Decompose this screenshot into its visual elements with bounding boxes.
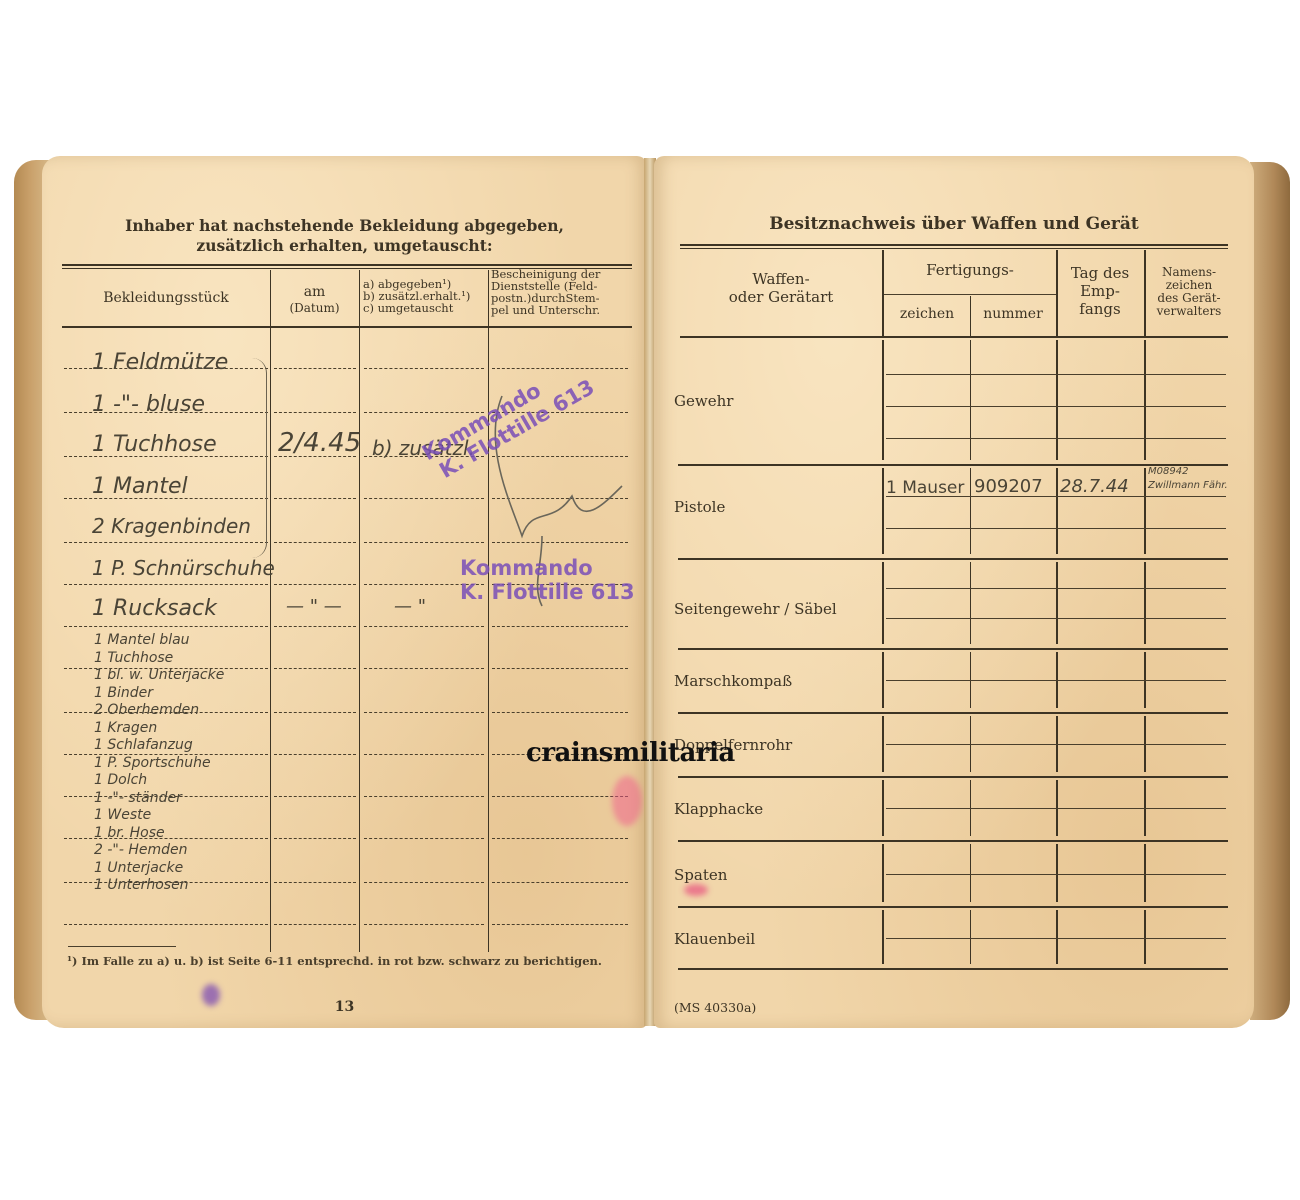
weapon-type-label: Klauenbeil <box>674 930 755 948</box>
dashed-rule <box>274 668 356 669</box>
weapon-type-label: Klapphacke <box>674 800 763 818</box>
soldbuch-open-book: Inhaber hat nachstehende Bekleidung abge… <box>14 150 1290 1040</box>
cell-rule <box>886 808 1226 809</box>
dashed-rule <box>364 712 484 713</box>
dashed-rule <box>364 882 484 883</box>
col-header-fertigungs: Fertigungs- <box>884 262 1056 278</box>
cell-rule <box>886 744 1226 745</box>
handwritten-date: 2/4.45 <box>278 428 361 458</box>
dashed-rule <box>364 754 484 755</box>
dashed-rule <box>274 882 356 883</box>
col-divider <box>359 270 360 952</box>
right-page: Besitznachweis über Waffen und Gerät Waf… <box>654 156 1254 1028</box>
handwritten-entry: 1 Tuchhose <box>92 432 217 457</box>
row-divider <box>678 776 1228 778</box>
col-divider <box>1056 562 1058 644</box>
dashed-rule <box>364 668 484 669</box>
weapon-type-label: Gewehr <box>674 392 733 410</box>
footnote: ¹) Im Falle zu a) u. b) ist Seite 6-11 e… <box>67 954 602 968</box>
col-divider <box>882 910 884 964</box>
col-divider <box>1144 844 1146 902</box>
pistol-name-top: M08942 <box>1148 466 1188 477</box>
clothing-section-title: Inhaber hat nachstehende Bekleidung abge… <box>42 216 647 256</box>
handwritten-entry: 1 P. Schnürschuhe <box>92 556 275 580</box>
cell-rule <box>886 874 1226 875</box>
handwritten-entry-small: 2 -"- Hemden <box>94 842 188 858</box>
col-divider <box>1144 468 1146 554</box>
header-bottom-rule <box>680 336 1228 338</box>
dashed-rule <box>492 924 628 925</box>
col-divider <box>882 780 884 836</box>
handwritten-entry-small: 1 Unterjacke <box>94 860 183 876</box>
col-divider <box>970 910 971 964</box>
dashed-rule <box>274 838 356 839</box>
handwritten-entry-small: 1 bl. w. Unterjacke <box>94 667 224 683</box>
dashed-rule <box>274 754 356 755</box>
row-divider <box>678 712 1228 714</box>
dashed-rule <box>492 796 628 797</box>
dashed-rule <box>492 838 628 839</box>
handwritten-bracket <box>252 358 267 558</box>
header-bottom-rule <box>62 326 632 328</box>
pistol-name: Zwillmann Fähr. <box>1148 480 1228 491</box>
col-divider <box>882 340 884 460</box>
cell-rule <box>886 618 1226 619</box>
col-divider <box>1056 468 1058 554</box>
col-divider <box>970 468 971 554</box>
col-divider <box>970 340 971 460</box>
weapon-type-label: Marschkompaß <box>674 672 792 690</box>
dashed-rule <box>274 412 356 413</box>
dashed-rule <box>64 542 268 543</box>
col-divider <box>1056 340 1058 460</box>
weapon-type-label: Pistole <box>674 498 725 516</box>
stamp-kommando: Kommando K. Flottille 613 <box>460 556 635 604</box>
date-header-sub: (Datum) <box>270 300 359 316</box>
handwritten-entry-small: 1 br. Hose <box>94 825 165 841</box>
dashed-rule <box>492 626 628 627</box>
cell-rule <box>886 938 1226 939</box>
col-divider <box>970 562 971 644</box>
pistol-nummer: 909207 <box>974 476 1043 497</box>
row-divider <box>678 968 1228 970</box>
dashed-rule <box>364 924 484 925</box>
pistol-zeichen: 1 Mauser <box>886 478 964 498</box>
handwritten-entry-small: 1 Kragen <box>94 720 157 736</box>
handwritten-entry-small: 1 -"- ständer <box>94 790 182 806</box>
dashed-rule <box>274 542 356 543</box>
cell-rule <box>886 528 1226 529</box>
dashed-rule <box>274 796 356 797</box>
col-header-item: Bekleidungsstück <box>62 290 270 306</box>
col-header-action: a) abgegeben¹) b) zusätzl.erhalt.¹) c) u… <box>363 278 470 314</box>
col-divider <box>882 562 884 644</box>
tag-2: Emp- <box>1056 282 1144 300</box>
handwritten-entry: 1 -"- bluse <box>92 392 205 417</box>
col-divider <box>882 716 884 772</box>
handwritten-entry: 1 Feldmütze <box>92 350 228 375</box>
col-divider <box>882 468 884 554</box>
col-divider <box>882 652 884 708</box>
col-divider <box>270 270 271 952</box>
title-line-2: zusätzlich erhalten, umgetauscht: <box>42 236 647 256</box>
col-divider <box>1144 340 1146 460</box>
weapon-type-label: Spaten <box>674 866 727 884</box>
col-header-tag: Tag des Emp- fangs <box>1056 264 1144 318</box>
handwritten-entry-small: 1 Tuchhose <box>94 650 173 666</box>
col-header-name: Namens- zeichen des Gerät- verwalters <box>1146 266 1232 318</box>
dashed-rule <box>364 542 484 543</box>
ink-stain <box>684 884 708 896</box>
row-divider <box>678 906 1228 908</box>
dashed-rule <box>364 498 484 499</box>
dashed-rule <box>492 882 628 883</box>
col-divider <box>1144 562 1146 644</box>
cell-rule <box>886 406 1226 407</box>
tag-1: Tag des <box>1056 264 1144 282</box>
handwritten-entry-small: 1 Binder <box>94 685 153 701</box>
handwritten-entry: 1 Rucksack <box>92 596 217 621</box>
col-divider <box>1056 910 1058 964</box>
handwritten-entry-small: 1 Mantel blau <box>94 632 190 648</box>
handwritten-entry-small: 1 Dolch <box>94 772 147 788</box>
row-divider <box>678 648 1228 650</box>
handwritten-entry-small: 1 Unterhosen <box>94 877 189 893</box>
action-c: c) umgetauscht <box>363 302 470 314</box>
dashed-rule <box>274 712 356 713</box>
col-header-nummer: nummer <box>970 306 1056 322</box>
handwritten-entry: 2 Kragenbinden <box>92 514 251 538</box>
cert-4: pel und Unterschr. <box>491 304 600 316</box>
type-2: oder Gerätart <box>680 288 882 306</box>
form-code: (MS 40330a) <box>674 1000 756 1015</box>
name-4: verwalters <box>1146 305 1232 318</box>
col-divider <box>970 844 971 902</box>
col-header-certification: Bescheinigung der Dienststelle (Feld- po… <box>491 268 600 316</box>
cell-rule <box>886 438 1226 439</box>
dashed-rule <box>364 626 484 627</box>
dashed-rule <box>364 838 484 839</box>
handwritten-entry-small: 1 P. Sportschuhe <box>94 755 211 771</box>
col-divider <box>1056 844 1058 902</box>
handwritten-ditto: — " — <box>286 596 342 617</box>
dashed-rule <box>492 668 628 669</box>
dashed-rule <box>274 626 356 627</box>
handwritten-entry-small: 1 Weste <box>94 807 151 823</box>
dashed-rule <box>492 712 628 713</box>
row-divider <box>678 840 1228 842</box>
col-header-zeichen: zeichen <box>884 306 970 322</box>
dashed-rule <box>64 584 268 585</box>
cell-rule <box>886 374 1226 375</box>
cell-rule <box>886 680 1226 681</box>
pistol-tag: 28.7.44 <box>1060 476 1129 497</box>
date-header-main: am <box>270 284 359 300</box>
page-number: 13 <box>42 999 647 1015</box>
header-top-rule <box>680 244 1228 249</box>
fert-split-rule <box>884 294 1056 295</box>
dashed-rule <box>64 924 268 925</box>
col-header-type: Waffen- oder Gerätart <box>680 270 882 306</box>
col-divider <box>882 844 884 902</box>
dashed-rule <box>364 412 484 413</box>
col-divider <box>1144 910 1146 964</box>
dashed-rule <box>274 924 356 925</box>
handwritten-entry-small: 1 Schlafanzug <box>94 737 193 753</box>
type-1: Waffen- <box>680 270 882 288</box>
book-cover-right-edge <box>1250 162 1290 1020</box>
handwritten-ditto: — " <box>394 596 426 617</box>
title-line-1: Inhaber hat nachstehende Bekleidung abge… <box>42 216 647 236</box>
dashed-rule <box>364 368 484 369</box>
handwritten-entry: 1 Mantel <box>92 474 188 499</box>
dashed-rule <box>274 498 356 499</box>
dashed-rule <box>274 584 356 585</box>
row-divider <box>678 558 1228 560</box>
cell-rule <box>886 588 1226 589</box>
weapons-section-title: Besitznachweis über Waffen und Gerät <box>654 214 1254 234</box>
row-divider <box>678 464 1228 466</box>
tag-3: fangs <box>1056 300 1144 318</box>
dashed-rule <box>274 368 356 369</box>
watermark: crainsmilitaria <box>526 738 735 768</box>
dashed-rule <box>364 796 484 797</box>
left-page: Inhaber hat nachstehende Bekleidung abge… <box>42 156 647 1028</box>
weapon-type-label: Seitengewehr / Säbel <box>674 600 837 618</box>
ink-stain <box>612 776 642 826</box>
handwritten-entry-small: 2 Oberhemden <box>94 702 199 718</box>
footnote-rule <box>68 946 176 947</box>
col-header-date: am (Datum) <box>270 284 359 316</box>
stamp-line: K. Flottille 613 <box>460 580 635 604</box>
stamp-line: Kommando <box>460 556 635 580</box>
dashed-rule <box>64 626 268 627</box>
